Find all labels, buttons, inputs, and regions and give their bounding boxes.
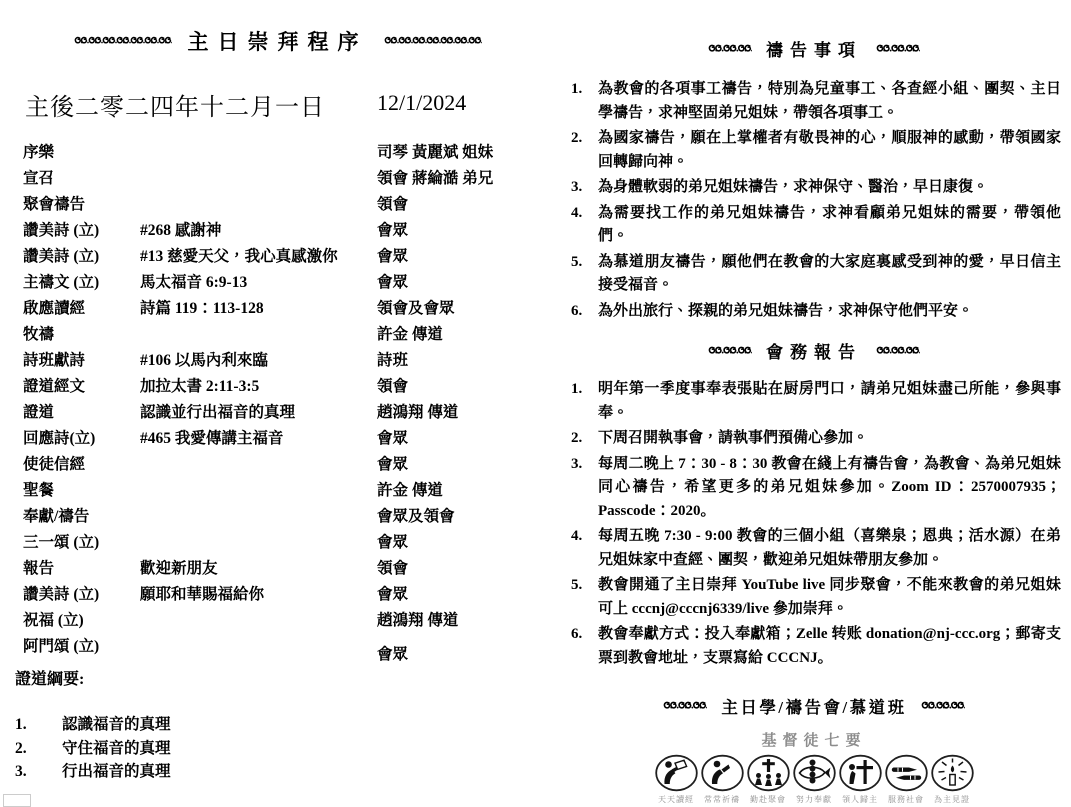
classes-section-header: 主日學/禱告會/慕道班: [565, 694, 1063, 718]
prayer-item: 5.為慕道朋友禱告，願他們在教會的大家庭裏感受到神的愛，早日信主接受福音。: [571, 251, 1061, 298]
program-item: 宣召: [23, 166, 140, 188]
item-text: 每周五晚 7:30 - 9:00 教會的三個小組（喜樂泉；恩典；活水源）在弟兄姐…: [598, 525, 1061, 572]
program-row: 使徒信經會眾: [23, 450, 560, 476]
program-row: 詩班獻詩#106 以馬內利來臨詩班: [23, 346, 560, 372]
program-item: 三一頌 (立): [23, 530, 140, 552]
item-number: 6.: [571, 300, 598, 324]
program-who: 領會及會眾: [377, 296, 560, 318]
essential-item: 天天讀經: [654, 754, 699, 805]
announcement-item: 3.每周二晚上 7：30 - 8：30 教會在綫上有禱告會，為教會、為弟兄姐妹同…: [571, 453, 1061, 524]
church-gathering-icon: [746, 754, 791, 793]
item-text: 為外出旅行、探親的弟兄姐妹禱告，求神保守他們平安。: [598, 300, 1061, 324]
program-content: #465 我愛傳講主福音: [140, 426, 377, 448]
outline-text: 行出福音的真理: [62, 760, 171, 784]
page-title: 主日崇拜程序: [188, 26, 368, 56]
item-text: 下周召開執事會，請執事們預備心參加。: [598, 427, 1061, 451]
essential-item: 勤赴聚會: [746, 754, 791, 805]
program-row: 主禱文 (立)馬太福音 6:9-13會眾: [23, 268, 560, 294]
announcement-item: 6.教會奉獻方式：投入奉獻箱；Zelle 转账 donation@nj-ccc.…: [571, 623, 1061, 670]
swirl-ornament-icon: [663, 700, 707, 712]
outline-point: 3.行出福音的真理: [15, 760, 435, 784]
program-row: 阿門頌 (立)會眾: [23, 632, 560, 658]
outline-number: 3.: [15, 760, 62, 784]
item-text: 為需要找工作的弟兄姐妹禱告，求神看顧弟兄姐妹的需要，帶領他們。: [598, 202, 1061, 249]
essential-label: 勤赴聚會: [746, 794, 791, 805]
prayer-icon: [700, 754, 745, 793]
item-number: 3.: [571, 176, 598, 200]
program-who: 許金 傳道: [377, 322, 560, 344]
program-who: 會眾: [377, 642, 560, 664]
program-item: 回應詩(立): [23, 426, 140, 448]
item-number: 6.: [571, 623, 598, 670]
program-who: 會眾: [377, 426, 560, 448]
program-row: 祝福 (立)趙鴻翔 傳道: [23, 606, 560, 632]
program-who: 領會: [377, 192, 560, 214]
program-content: 願耶和華賜福給你: [140, 582, 377, 604]
item-text: 為慕道朋友禱告，願他們在教會的大家庭裏感受到神的愛，早日信主接受福音。: [598, 251, 1061, 298]
item-number: 1.: [571, 78, 598, 125]
outline-point: 1.認識福音的真理: [15, 713, 435, 737]
announcement-item: 2.下周召開執事會，請執事們預備心參加。: [571, 427, 1061, 451]
essential-item: 領人歸主: [838, 754, 883, 805]
program-content: #268 感謝神: [140, 218, 377, 240]
essential-item: 常常祈禱: [700, 754, 745, 805]
program-who: 趙鴻翔 傳道: [377, 400, 560, 422]
prayer-item: 3.為身體軟弱的弟兄姐妹禱告，求神保守、醫治，早日康復。: [571, 176, 1061, 200]
item-text: 為國家禱告，願在上掌權者有敬畏神的心，順服神的感動，帶領國家回轉歸向神。: [598, 127, 1061, 174]
prayer-section-title: 禱告事項: [766, 36, 862, 61]
program-who: 會眾: [377, 218, 560, 240]
outline-text: 守住福音的真理: [62, 737, 171, 761]
worship-program-table: 序樂司琴 黃麗斌 姐妹 宣召領會 蔣綸澔 弟兄 聚會禱告領會 讚美詩 (立)#2…: [23, 138, 560, 658]
essential-label: 努力奉獻: [792, 794, 837, 805]
program-item: 報告: [23, 556, 140, 578]
swirl-ornament-icon: [384, 35, 482, 47]
date-numeric: 12/1/2024: [377, 90, 466, 116]
program-row: 聚會禱告領會: [23, 190, 560, 216]
prayer-item: 4.為需要找工作的弟兄姐妹禱告，求神看顧弟兄姐妹的需要，帶領他們。: [571, 202, 1061, 249]
program-item: 序樂: [23, 140, 140, 162]
essentials-title: 基督徒七要: [565, 729, 1063, 750]
program-who: 會眾: [377, 270, 560, 292]
essential-label: 服務社會: [884, 794, 929, 805]
bulletin-page: 主日崇拜程序 主後二零二四年十二月一日 12/1/2024 序樂司琴 黃麗斌 姐…: [0, 0, 1071, 807]
outline-number: 2.: [15, 737, 62, 761]
program-row: 奉獻/禱告會眾及領會: [23, 502, 560, 528]
program-item: 主禱文 (立): [23, 270, 140, 292]
program-row: 讚美詩 (立)願耶和華賜福給你會眾: [23, 580, 560, 606]
item-number: 4.: [571, 525, 598, 572]
item-text: 教會奉獻方式：投入奉獻箱；Zelle 转账 donation@nj-ccc.or…: [598, 623, 1061, 670]
item-number: 4.: [571, 202, 598, 249]
bible-reading-icon: [654, 754, 699, 793]
item-number: 5.: [571, 251, 598, 298]
swirl-ornament-icon: [74, 35, 172, 47]
program-who: 會眾: [377, 244, 560, 266]
program-item: 證道: [23, 400, 140, 422]
lead-to-christ-icon: [838, 754, 883, 793]
outline-point: 2.守住福音的真理: [15, 737, 435, 761]
program-who: 領會: [377, 374, 560, 396]
program-who: 會眾: [377, 452, 560, 474]
item-number: 2.: [571, 427, 598, 451]
swirl-ornament-icon: [921, 700, 965, 712]
program-item: 啟應讀經: [23, 296, 140, 318]
program-row: 三一頌 (立)會眾: [23, 528, 560, 554]
program-row: 讚美詩 (立)#268 感謝神會眾: [23, 216, 560, 242]
program-item: 證道經文: [23, 374, 140, 396]
prayer-item: 2.為國家禱告，願在上掌權者有敬畏神的心，順服神的感動，帶領國家回轉歸向神。: [571, 127, 1061, 174]
program-who: 許金 傳道: [377, 478, 560, 500]
announcements-list: 1.明年第一季度事奉表張貼在厨房門口，請弟兄姐妹盡己所能，參與事奉。 2.下周召…: [571, 378, 1061, 672]
announcement-item: 5.教會開通了主日崇拜 YouTube live 同步聚會，不能來教會的弟兄姐妹…: [571, 574, 1061, 621]
essential-label: 常常祈禱: [700, 794, 745, 805]
sermon-outline-title: 證道綱要:: [15, 666, 435, 689]
program-row: 報告歡迎新朋友領會: [23, 554, 560, 580]
page-edge-artifact: [3, 794, 31, 807]
program-row: 回應詩(立)#465 我愛傳講主福音會眾: [23, 424, 560, 450]
program-row: 聖餐許金 傳道: [23, 476, 560, 502]
christian-seven-essentials: 基督徒七要 天天讀經: [565, 729, 1063, 805]
program-content: 詩篇 119：113-128: [140, 296, 377, 318]
program-item: 使徒信經: [23, 452, 140, 474]
essential-item: 努力奉獻: [792, 754, 837, 805]
program-item: 祝福 (立): [23, 608, 140, 630]
classes-section-title: 主日學/禱告會/慕道班: [721, 694, 906, 718]
program-who: 詩班: [377, 348, 560, 370]
program-item: 聖餐: [23, 478, 140, 500]
program-item: 聚會禱告: [23, 192, 140, 214]
announcements-section-title: 會務報告: [766, 338, 862, 363]
item-text: 教會開通了主日崇拜 YouTube live 同步聚會，不能來教會的弟兄姐妹可上…: [598, 574, 1061, 621]
program-item: 讚美詩 (立): [23, 582, 140, 604]
item-number: 1.: [571, 378, 598, 425]
essential-label: 天天讀經: [654, 794, 699, 805]
announcement-item: 4.每周五晚 7:30 - 9:00 教會的三個小組（喜樂泉；恩典；活水源）在弟…: [571, 525, 1061, 572]
essentials-icons-row: 天天讀經 常常祈禱: [565, 754, 1063, 805]
serving-hands-icon: [884, 754, 929, 793]
program-row: 證道經文加拉太書 2:11-3:5領會: [23, 372, 560, 398]
prayer-item: 1.為教會的各項事工禱告，特別為兒童事工、各查經小組、團契、主日學禱告，求神堅固…: [571, 78, 1061, 125]
outline-number: 1.: [15, 713, 62, 737]
program-item: 讚美詩 (立): [23, 244, 140, 266]
program-who: 會眾: [377, 530, 560, 552]
program-content: #13 慈愛天父，我心真感激你: [140, 244, 377, 266]
outline-text: 認識福音的真理: [62, 713, 171, 737]
swirl-ornament-icon: [708, 43, 752, 55]
program-row: 讚美詩 (立)#13 慈愛天父，我心真感激你會眾: [23, 242, 560, 268]
program-who: 會眾: [377, 582, 560, 604]
program-content: 認識並行出福音的真理: [140, 400, 377, 422]
item-number: 2.: [571, 127, 598, 174]
swirl-ornament-icon: [876, 43, 920, 55]
program-who: 司琴 黃麗斌 姐妹: [377, 140, 560, 162]
swirl-ornament-icon: [876, 345, 920, 357]
program-item: 讚美詩 (立): [23, 218, 140, 240]
worship-order-header: 主日崇拜程序: [25, 26, 530, 56]
program-content: 馬太福音 6:9-13: [140, 270, 377, 292]
item-number: 3.: [571, 453, 598, 524]
program-who: 會眾及領會: [377, 504, 560, 526]
prayer-section-header: 禱告事項: [565, 36, 1063, 61]
item-text: 為身體軟弱的弟兄姐妹禱告，求神保守、醫治，早日康復。: [598, 176, 1061, 200]
right-column: 禱告事項 1.為教會的各項事工禱告，特別為兒童事工、各查經小組、團契、主日學禱告…: [565, 0, 1063, 807]
program-row: 序樂司琴 黃麗斌 姐妹: [23, 138, 560, 164]
essential-item: 為主見證: [930, 754, 975, 805]
prayer-item: 6.為外出旅行、探親的弟兄姐妹禱告，求神保守他們平安。: [571, 300, 1061, 324]
date-chinese: 主後二零二四年十二月一日: [25, 87, 325, 122]
swirl-ornament-icon: [708, 345, 752, 357]
program-item: 阿門頌 (立): [23, 634, 140, 656]
item-text: 明年第一季度事奉表張貼在厨房門口，請弟兄姐妹盡己所能，參與事奉。: [598, 378, 1061, 425]
program-content: #106 以馬內利來臨: [140, 348, 377, 370]
sermon-outline: 證道綱要: 1.認識福音的真理 2.守住福音的真理 3.行出福音的真理: [15, 666, 435, 784]
program-who: 領會: [377, 556, 560, 578]
program-item: 詩班獻詩: [23, 348, 140, 370]
essential-item: 服務社會: [884, 754, 929, 805]
program-content: 歡迎新朋友: [140, 556, 377, 578]
program-row: 證道認識並行出福音的真理趙鴻翔 傳道: [23, 398, 560, 424]
item-number: 5.: [571, 574, 598, 621]
witness-candle-icon: [930, 754, 975, 793]
essential-label: 領人歸主: [838, 794, 883, 805]
program-who: 趙鴻翔 傳道: [377, 608, 560, 630]
program-item: 奉獻/禱告: [23, 504, 140, 526]
item-text: 為教會的各項事工禱告，特別為兒童事工、各查經小組、團契、主日學禱告，求神堅固弟兄…: [598, 78, 1061, 125]
announcement-item: 1.明年第一季度事奉表張貼在厨房門口，請弟兄姐妹盡己所能，參與事奉。: [571, 378, 1061, 425]
essential-label: 為主見證: [930, 794, 975, 805]
program-item: 牧禱: [23, 322, 140, 344]
program-row: 牧禱許金 傳道: [23, 320, 560, 346]
program-who: 領會 蔣綸澔 弟兄: [377, 166, 560, 188]
program-row: 啟應讀經詩篇 119：113-128領會及會眾: [23, 294, 560, 320]
prayer-list: 1.為教會的各項事工禱告，特別為兒童事工、各查經小組、團契、主日學禱告，求神堅固…: [571, 78, 1061, 325]
program-content: 加拉太書 2:11-3:5: [140, 374, 377, 396]
offering-fish-coins-icon: [792, 754, 837, 793]
announcements-section-header: 會務報告: [565, 338, 1063, 363]
program-row: 宣召領會 蔣綸澔 弟兄: [23, 164, 560, 190]
item-text: 每周二晚上 7：30 - 8：30 教會在綫上有禱告會，為教會、為弟兄姐妹同心禱…: [598, 453, 1061, 524]
